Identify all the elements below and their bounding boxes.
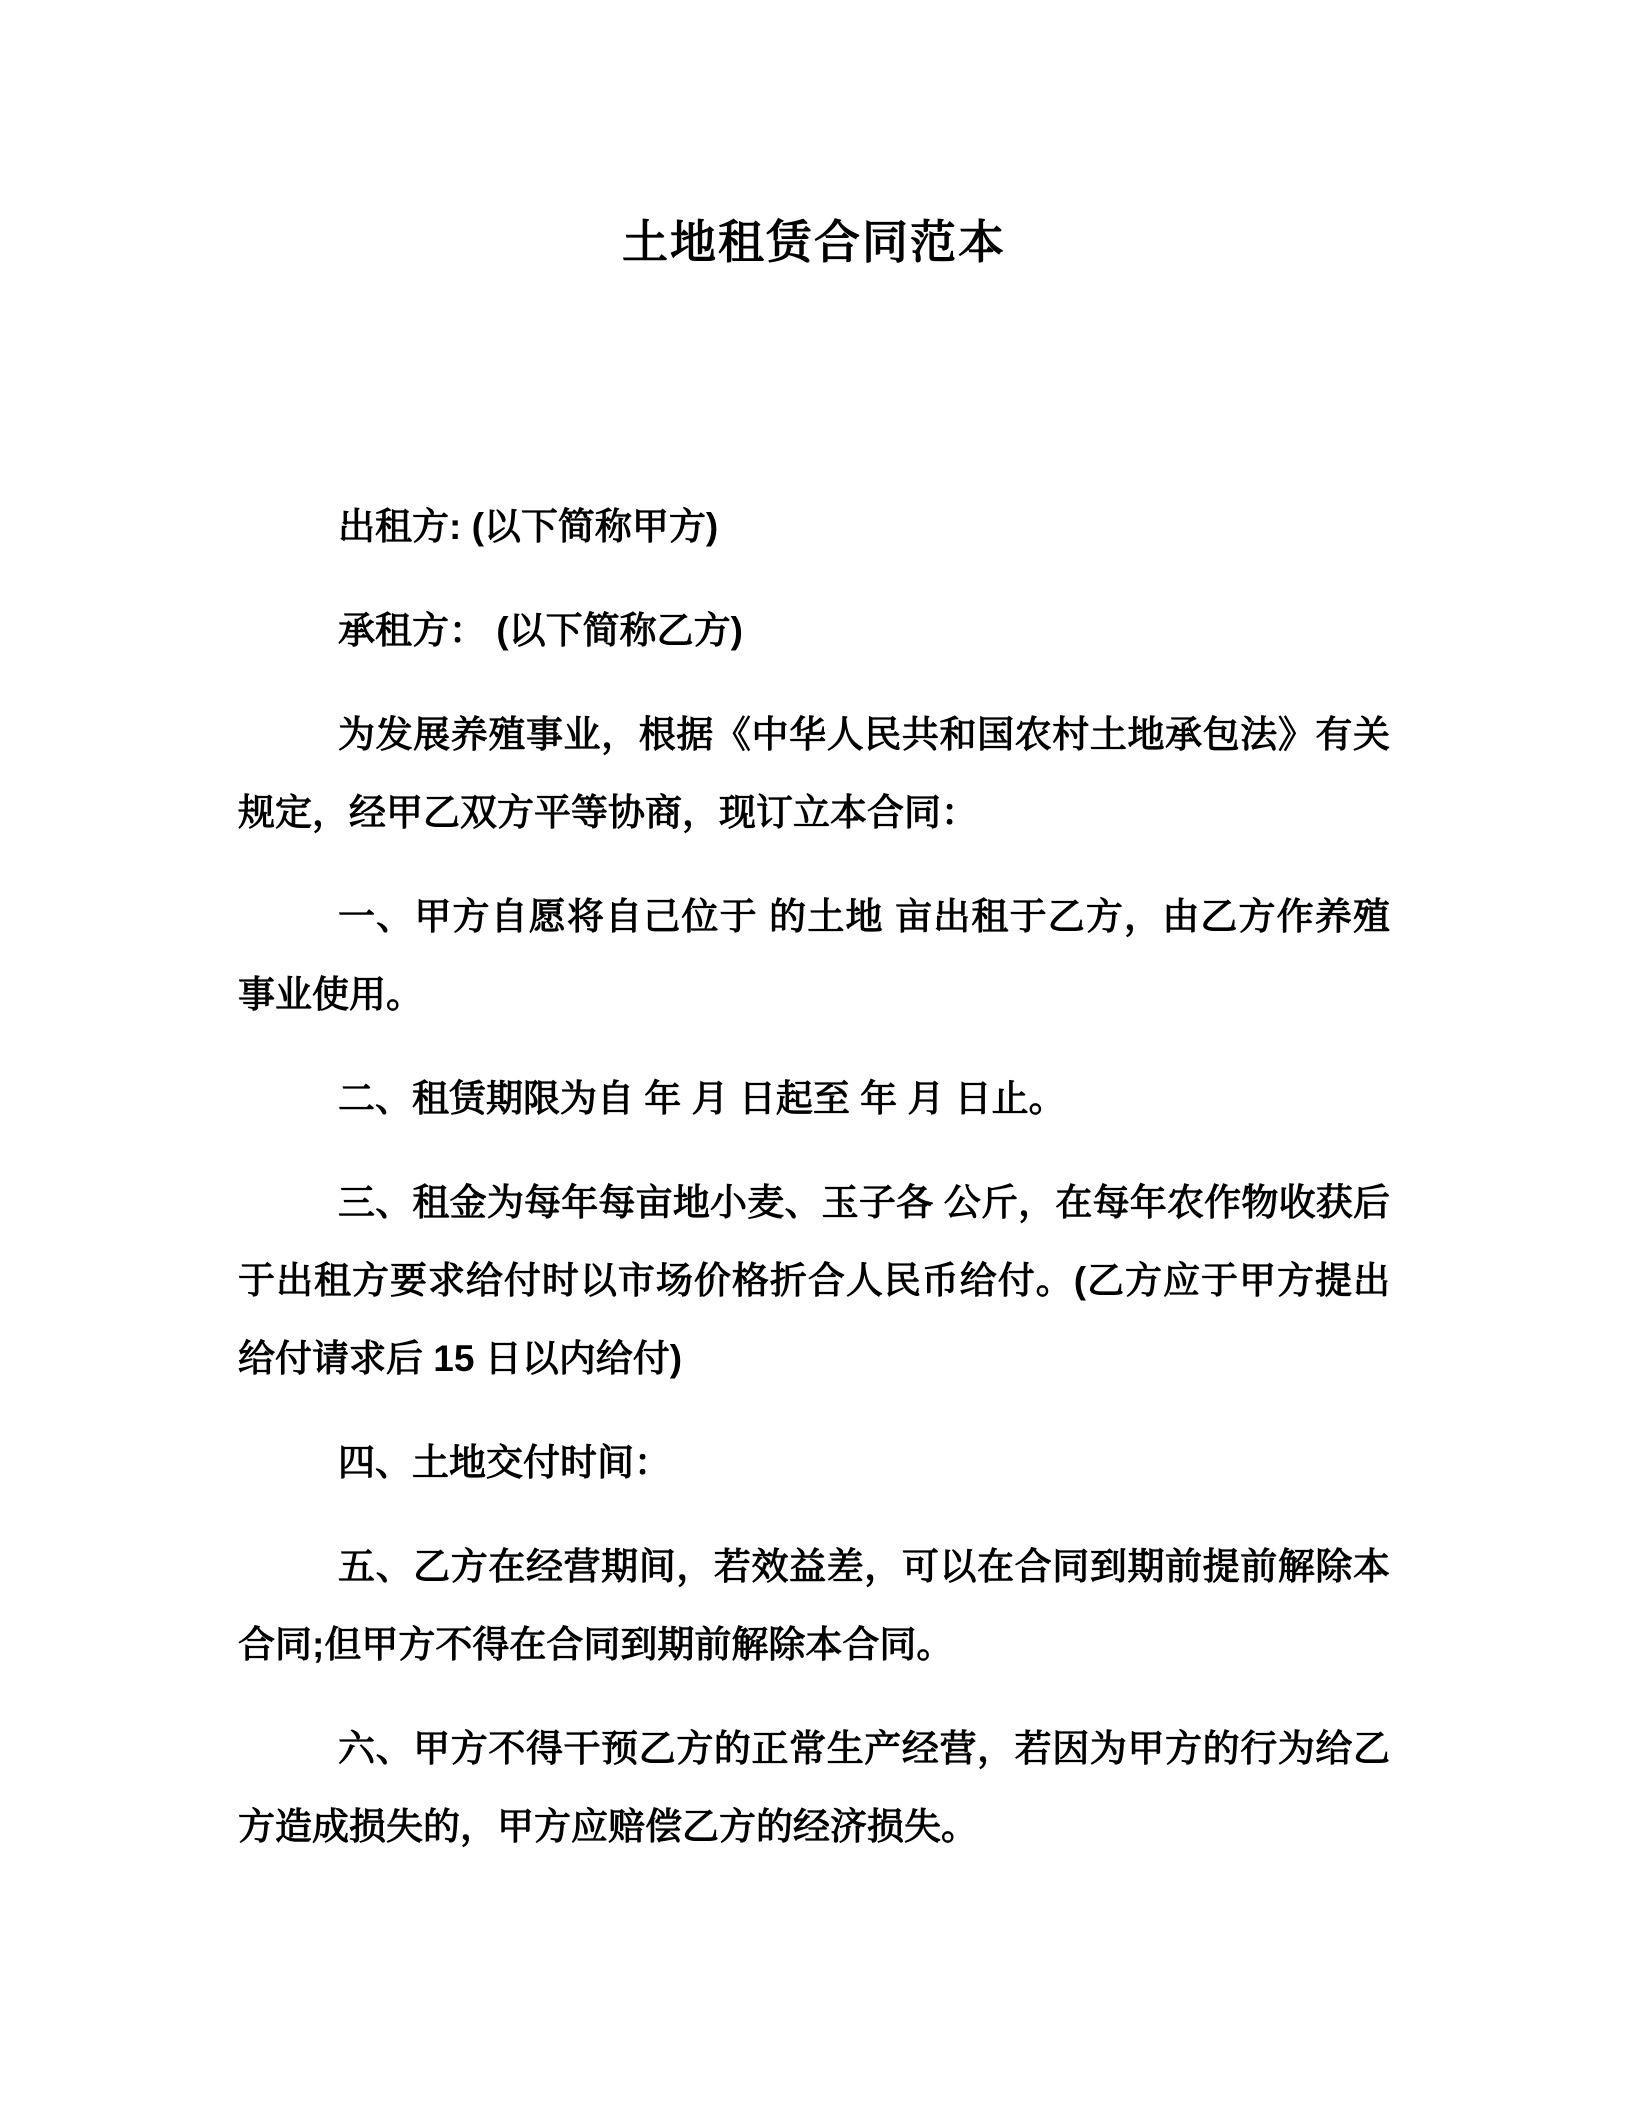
clause-5: 五、乙方在经营期间，若效益差，可以在合同到期前提前解除本合同;但甲方不得在合同到… — [238, 1528, 1390, 1684]
contract-document-page: 土地租赁合同范本 出租方: (以下简称甲方) 承租方： (以下简称乙方) 为发展… — [0, 0, 1632, 2112]
party-lessee-line: 承租方： (以下简称乙方) — [238, 592, 1390, 670]
preamble-paragraph: 为发展养殖事业，根据《中华人民共和国农村土地承包法》有关规定，经甲乙双方平等协商… — [238, 696, 1390, 852]
clause-3: 三、租金为每年每亩地小麦、玉子各 公斤，在每年农作物收获后于出租方要求给付时以市… — [238, 1164, 1390, 1398]
clause-2: 二、租赁期限为自 年 月 日起至 年 月 日止。 — [238, 1060, 1390, 1138]
party-lessor-line: 出租方: (以下简称甲方) — [238, 488, 1390, 566]
clause-6: 六、甲方不得干预乙方的正常生产经营，若因为甲方的行为给乙方造成损失的，甲方应赔偿… — [238, 1710, 1390, 1866]
page-title: 土地租赁合同范本 — [238, 210, 1390, 274]
clause-1: 一、甲方自愿将自己位于 的土地 亩出租于乙方，由乙方作养殖事业使用。 — [238, 878, 1390, 1034]
clause-4: 四、土地交付时间： — [238, 1424, 1390, 1502]
